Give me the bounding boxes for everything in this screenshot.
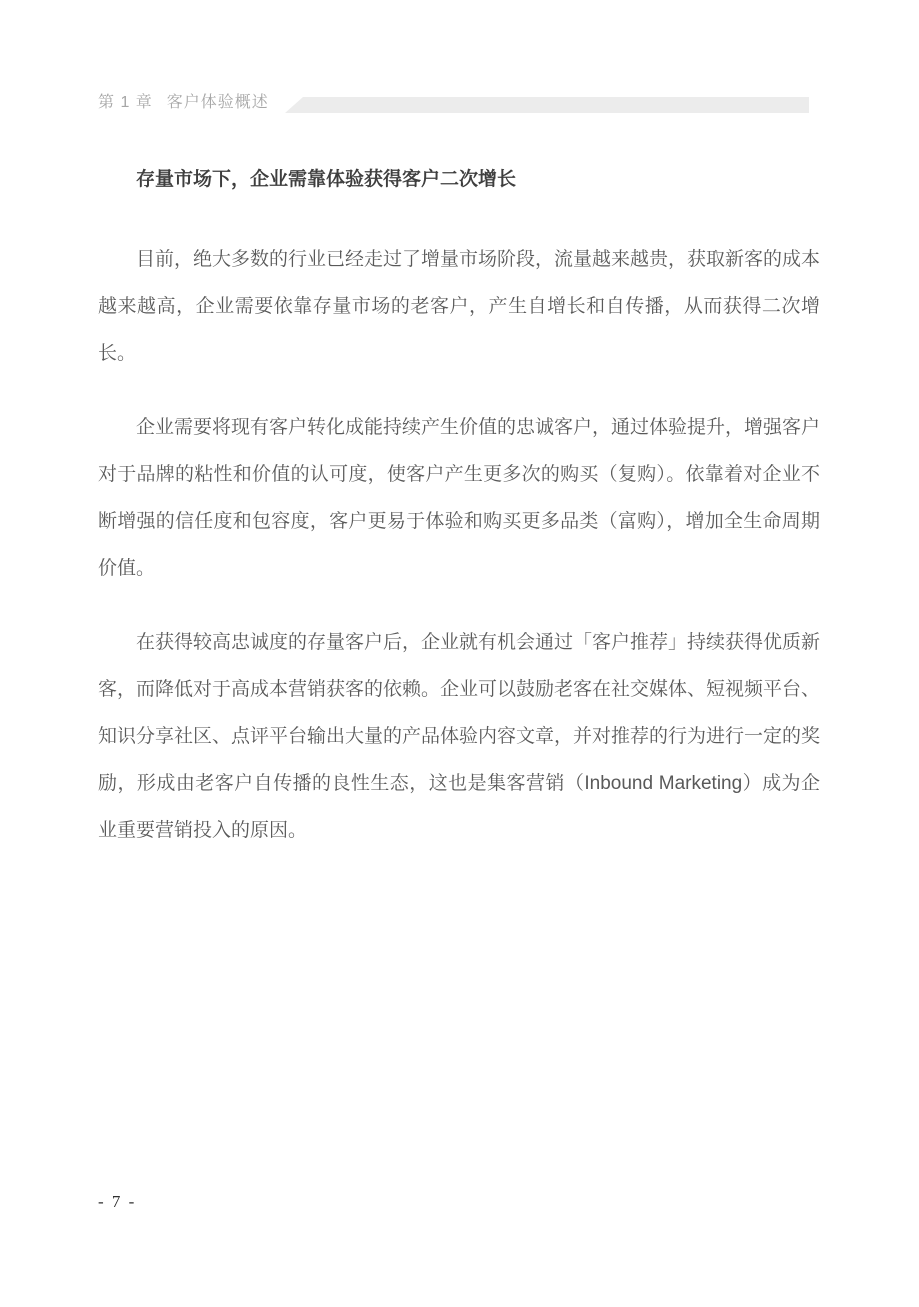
chapter-title: 客户体验概述 <box>167 94 269 111</box>
body-paragraph: 目前，绝大多数的行业已经走过了增量市场阶段，流量越来越贵，获取新客的成本越来越高… <box>98 236 820 377</box>
document-page: 第 1 章客户体验概述 存量市场下，企业需靠体验获得客户二次增长 目前，绝大多数… <box>0 0 919 1307</box>
section-heading: 存量市场下，企业需靠体验获得客户二次增长 <box>98 166 820 194</box>
body-paragraph: 在获得较高忠诚度的存量客户后，企业就有机会通过「客户推荐」持续获得优质新客，而降… <box>98 619 820 854</box>
running-header: 第 1 章客户体验概述 <box>98 93 269 113</box>
page-content: 存量市场下，企业需靠体验获得客户二次增长 目前，绝大多数的行业已经走过了增量市场… <box>98 166 820 881</box>
chapter-number: 第 1 章 <box>98 94 153 111</box>
header-decorative-bar <box>285 97 809 113</box>
page-footer: - 7 - <box>98 1192 136 1212</box>
body-paragraph: 企业需要将现有客户转化成能持续产生价值的忠诚客户，通过体验提升，增强客户对于品牌… <box>98 404 820 592</box>
page-number: - 7 - <box>98 1192 136 1211</box>
